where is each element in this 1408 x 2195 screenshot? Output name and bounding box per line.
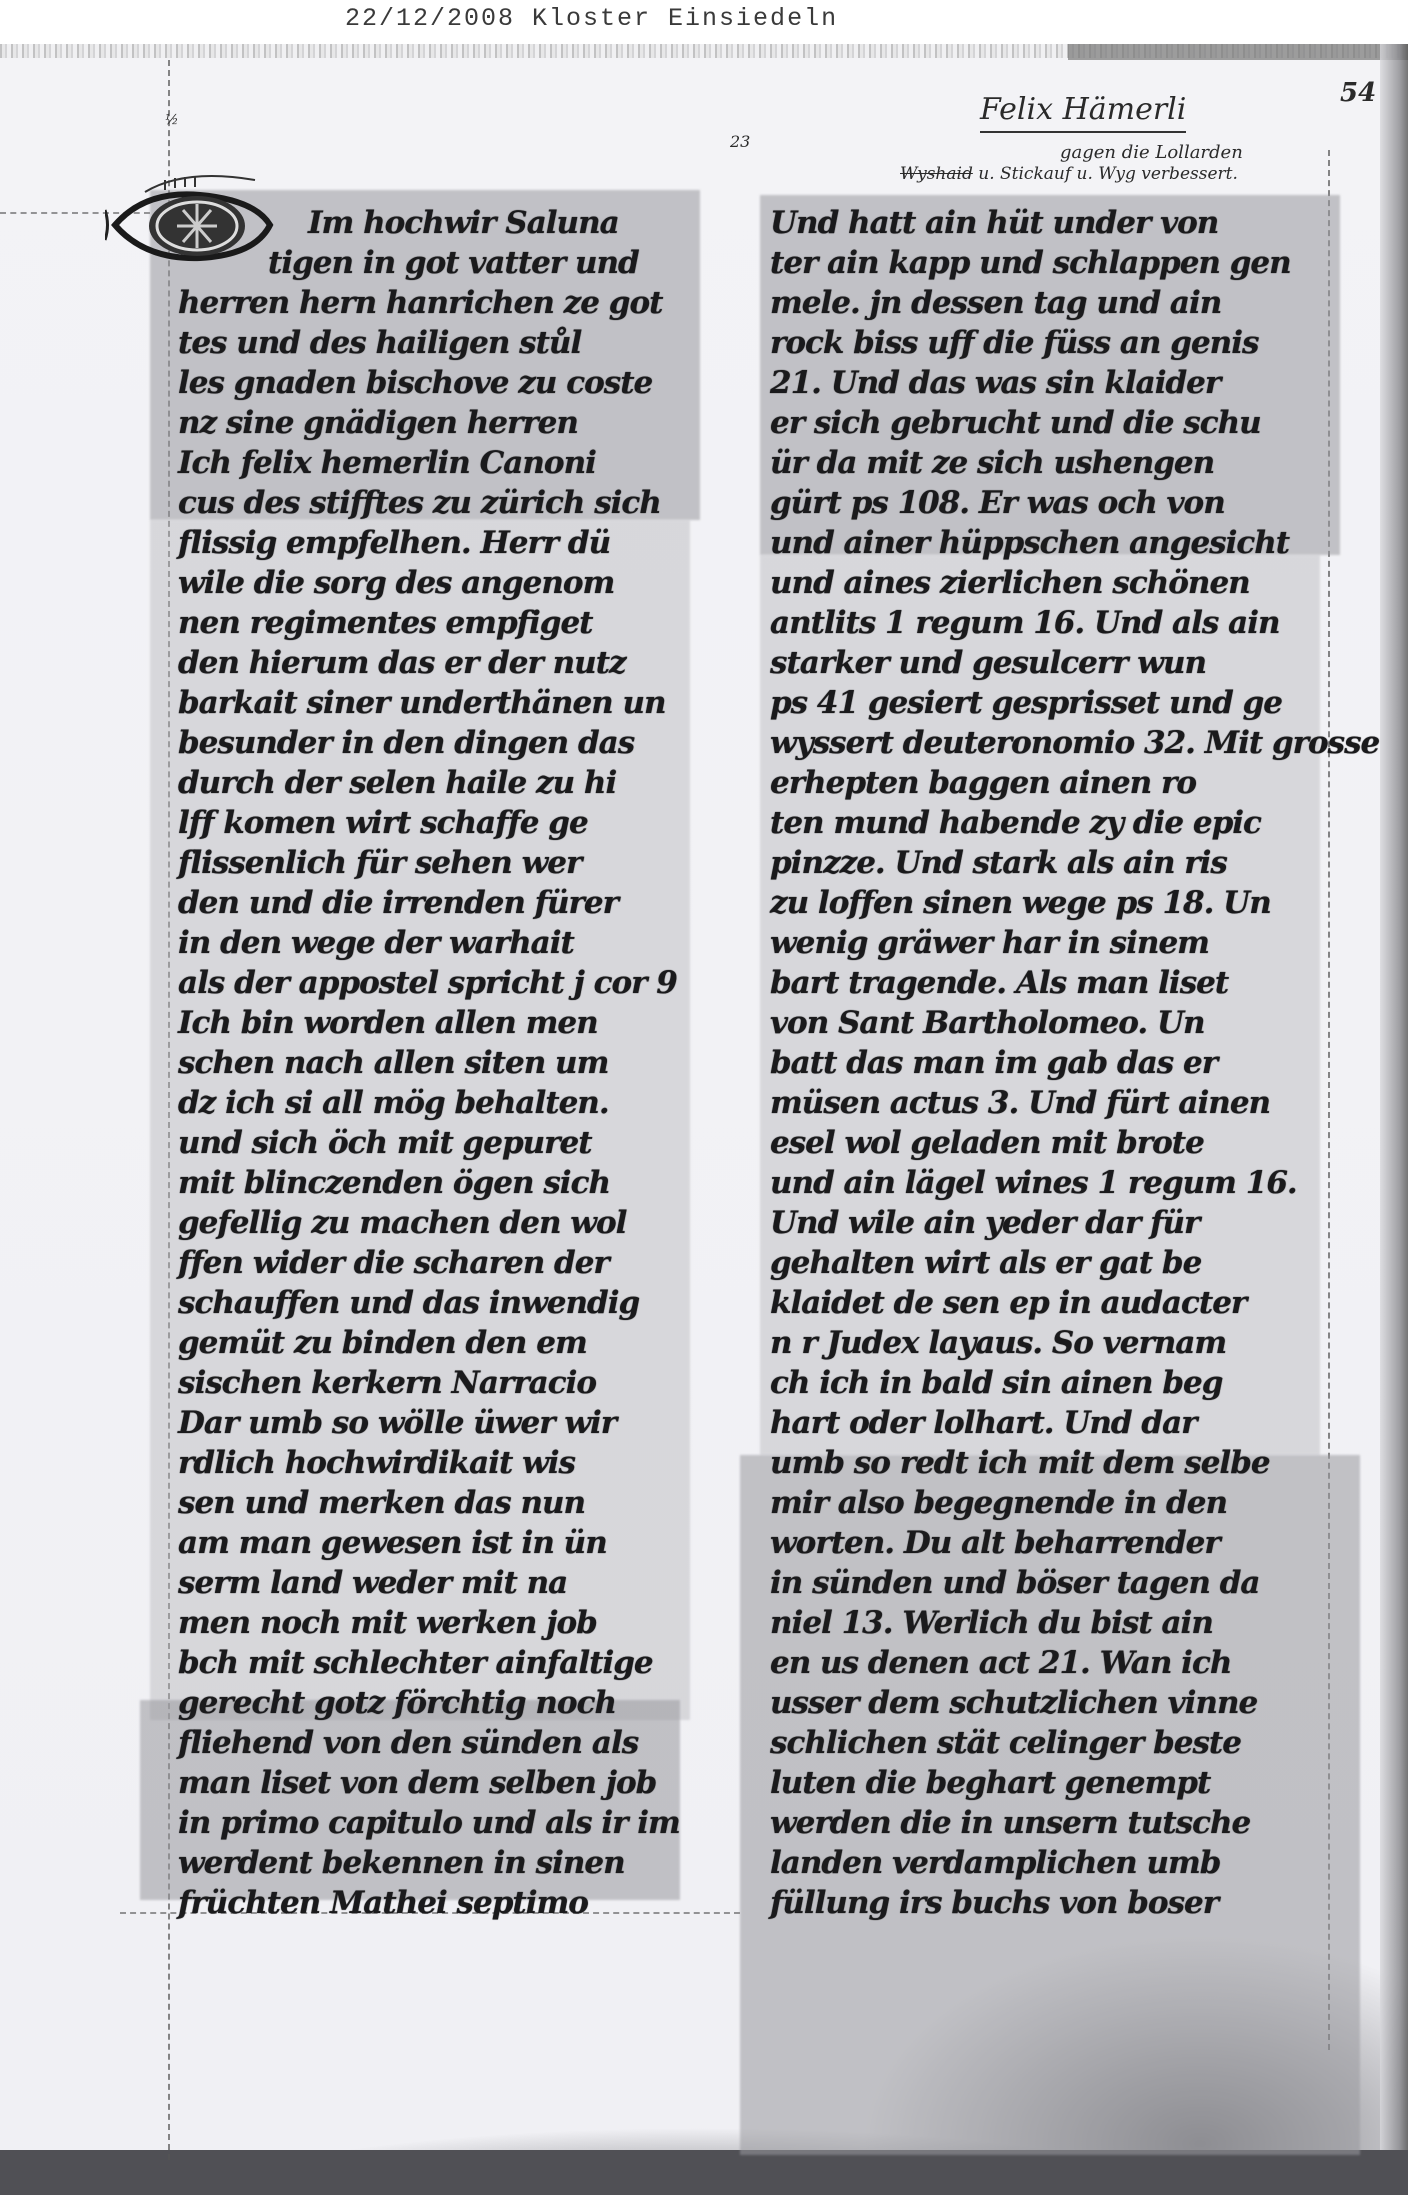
text-line: en us denen act 21. Wan ich	[770, 1643, 1350, 1683]
text-line: ch ich in bald sin ainen beg	[770, 1363, 1350, 1403]
text-line: rdlich hochwirdikait wis	[178, 1443, 708, 1483]
text-line: er sich gebrucht und die schu	[770, 403, 1350, 443]
text-line: und aines zierlichen schönen	[770, 563, 1350, 603]
text-line: worten. Du alt beharrender	[770, 1523, 1350, 1563]
text-line: von Sant Bartholomeo. Un	[770, 1003, 1350, 1043]
text-line: mir also begegnende in den	[770, 1483, 1350, 1523]
text-line: wenig gräwer har in sinem	[770, 923, 1350, 963]
text-line: hart oder lolhart. Und dar	[770, 1403, 1350, 1443]
text-line: tigen in got vatter und	[178, 243, 708, 283]
text-line: ffen wider die scharen der	[178, 1243, 708, 1283]
folio-number: 54	[1340, 78, 1376, 108]
text-line: gürt ps 108. Er was och von	[770, 483, 1350, 523]
text-line: starker und gesulcerr wun	[770, 643, 1350, 683]
text-line: rock biss uff die füss an genis	[770, 323, 1350, 363]
text-line: batt das man im gab das er	[770, 1043, 1350, 1083]
text-line: landen verdamplichen umb	[770, 1843, 1350, 1883]
margin-mark: ½	[165, 112, 179, 128]
text-line: flissenlich für sehen wer	[178, 843, 708, 883]
text-line: serm land weder mit na	[178, 1563, 708, 1603]
text-line: ter ain kapp und schlappen gen	[770, 243, 1350, 283]
text-line: gemüt zu binden den em	[178, 1323, 708, 1363]
note-annotation-line1: gagen die Lollarden	[1060, 142, 1243, 163]
text-line: ür da mit ze sich ushengen	[770, 443, 1350, 483]
text-line: durch der selen haile zu hi	[178, 763, 708, 803]
text-line: man liset von dem selben job	[178, 1763, 708, 1803]
text-line: usser dem schutzlichen vinne	[770, 1683, 1350, 1723]
text-line: mele. jn dessen tag und ain	[770, 283, 1350, 323]
text-line: füllung irs buchs von boser	[770, 1883, 1350, 1923]
struck-word: Wyshaid	[900, 164, 973, 184]
text-line: barkait siner underthänen un	[178, 683, 708, 723]
text-line: besunder in den dingen das	[178, 723, 708, 763]
text-line: Ich bin worden allen men	[178, 1003, 708, 1043]
text-line: den hierum das er der nutz	[178, 643, 708, 683]
text-line: mit blinczenden ögen sich	[178, 1163, 708, 1203]
text-line: den und die irrenden fürer	[178, 883, 708, 923]
text-line: Im hochwir Saluna	[178, 203, 708, 243]
text-line: Und hatt ain hüt under von	[770, 203, 1350, 243]
text-line: schlichen stät celinger beste	[770, 1723, 1350, 1763]
text-line: gehalten wirt als er gat be	[770, 1243, 1350, 1283]
text-line: wile die sorg des angenom	[178, 563, 708, 603]
text-line: und sich öch mit gepuret	[178, 1123, 708, 1163]
scan-bottom-edge	[0, 2150, 1408, 2195]
text-line: ten mund habende zy die epic	[770, 803, 1350, 843]
text-line: n r Judex layaus. So vernam	[770, 1323, 1350, 1363]
text-line: tes und des hailigen stůl	[178, 323, 708, 363]
right-column-text: Und hatt ain hüt under von ter ain kapp …	[770, 203, 1350, 1923]
text-line: luten die beghart genempt	[770, 1763, 1350, 1803]
text-line: erhepten baggen ainen ro	[770, 763, 1350, 803]
text-line: lff komen wirt schaffe ge	[178, 803, 708, 843]
text-line: schauffen und das inwendig	[178, 1283, 708, 1323]
text-line: Und wile ain yeder dar für	[770, 1203, 1350, 1243]
text-line: niel 13. Werlich du bist ain	[770, 1603, 1350, 1643]
text-line: men noch mit werken job	[178, 1603, 708, 1643]
text-line: pinzze. Und stark als ain ris	[770, 843, 1350, 883]
text-line: cus des stifftes zu zürich sich	[178, 483, 708, 523]
text-line: nen regimentes empfiget	[178, 603, 708, 643]
text-line: bart tragende. Als man liset	[770, 963, 1350, 1003]
text-line: in sünden und böser tagen da	[770, 1563, 1350, 1603]
text-line: sischen kerkern Narracio	[178, 1363, 708, 1403]
text-line: werden die in unsern tutsche	[770, 1803, 1350, 1843]
left-column-text: Im hochwir Saluna tigen in got vatter un…	[178, 203, 708, 1923]
text-line: früchten Mathei septimo	[178, 1883, 708, 1923]
text-line: Dar umb so wölle üwer wir	[178, 1403, 708, 1443]
text-line: umb so redt ich mit dem selbe	[770, 1443, 1350, 1483]
text-line: esel wol geladen mit brote	[770, 1123, 1350, 1163]
text-line: les gnaden bischove zu coste	[178, 363, 708, 403]
note-text: u. Stickauf u. Wyg verbessert.	[978, 164, 1238, 184]
header-bar: 22/12/2008 Kloster Einsiedeln	[0, 0, 1408, 44]
text-line: zu loffen sinen wege ps 18. Un	[770, 883, 1350, 923]
column-mark: 23	[730, 132, 750, 151]
text-line: am man gewesen ist in ün	[178, 1523, 708, 1563]
text-line: Ich felix hemerlin Canoni	[178, 443, 708, 483]
text-line: nz sine gnädigen herren	[178, 403, 708, 443]
text-line: fliehend von den sünden als	[178, 1723, 708, 1763]
text-line: 21. Und das was sin klaider	[770, 363, 1350, 403]
text-line: als der appostel spricht j cor 9	[178, 963, 708, 1003]
text-line: gerecht gotz förchtig noch	[178, 1683, 708, 1723]
text-line: und ain lägel wines 1 regum 16.	[770, 1163, 1350, 1203]
text-line: ps 41 gesiert gesprisset und ge	[770, 683, 1350, 723]
author-name-annotation: Felix Hämerli	[980, 92, 1186, 133]
text-line: schen nach allen siten um	[178, 1043, 708, 1083]
scan-top-edge-dark	[1068, 44, 1408, 60]
text-line: wyssert deuteronomio 32. Mit grosse	[770, 723, 1350, 763]
text-line: und ainer hüppschen angesicht	[770, 523, 1350, 563]
text-line: antlits 1 regum 16. Und als ain	[770, 603, 1350, 643]
text-line: klaidet de sen ep in audacter	[770, 1283, 1350, 1323]
text-line: in primo capitulo und als ir im	[178, 1803, 708, 1843]
page-title: 22/12/2008 Kloster Einsiedeln	[345, 4, 1045, 33]
text-line: herren hern hanrichen ze got	[178, 283, 708, 323]
scan-right-edge	[1380, 44, 1408, 2195]
text-line: dz ich si all mög behalten.	[178, 1083, 708, 1123]
text-line: gefellig zu machen den wol	[178, 1203, 708, 1243]
text-line: werdent bekennen in sinen	[178, 1843, 708, 1883]
text-line: flissig empfelhen. Herr dü	[178, 523, 708, 563]
text-line: in den wege der warhait	[178, 923, 708, 963]
note-annotation-line2: Wyshaid u. Stickauf u. Wyg verbessert.	[900, 164, 1238, 184]
text-line: sen und merken das nun	[178, 1483, 708, 1523]
text-line: müsen actus 3. Und fürt ainen	[770, 1083, 1350, 1123]
text-line: bch mit schlechter ainfaltige	[178, 1643, 708, 1683]
